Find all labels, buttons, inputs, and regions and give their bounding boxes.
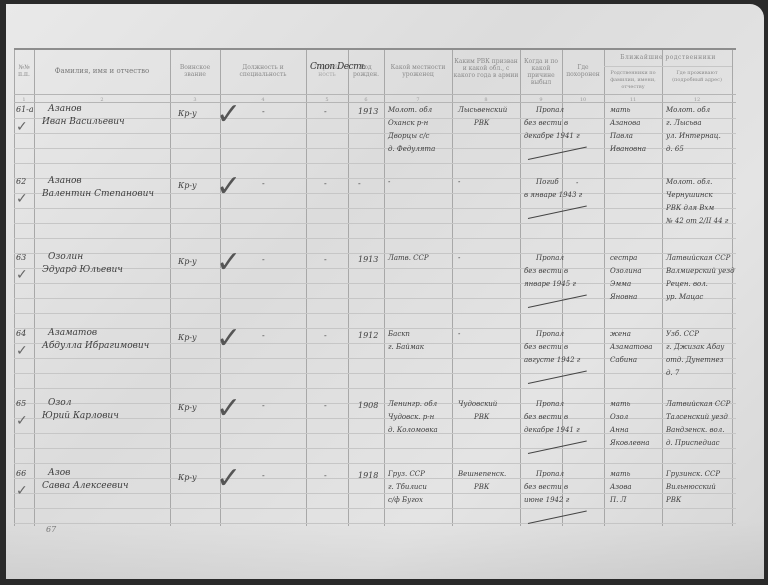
party: - <box>324 106 327 117</box>
relative-line: Анна <box>610 425 629 436</box>
military-rank: Кр-у <box>178 402 197 413</box>
address-line: отд. Дунетнез <box>666 355 723 366</box>
origin-line: - <box>388 177 390 188</box>
ruled-line <box>14 313 736 314</box>
ruled-line <box>14 388 736 389</box>
status-line: Пропал <box>536 469 564 480</box>
col-header-8: Каким РВК призван и какой обл., с какого… <box>452 58 520 79</box>
col-number: 1 <box>14 97 34 103</box>
status-line: без вести в <box>524 412 568 423</box>
position: - <box>262 178 265 189</box>
verification-check-icon: ✓ <box>216 394 241 424</box>
status-line: Пропал <box>536 253 564 264</box>
origin-line: Молот. обл <box>388 105 432 116</box>
relative-line: Озол <box>610 412 628 423</box>
status-line: декабре 1941 г <box>524 425 580 436</box>
ruled-line <box>14 508 736 509</box>
military-rank: Кр-у <box>178 180 197 191</box>
given-name-patronymic: Валентин Степанович <box>42 189 154 200</box>
status-line: Пропал <box>536 329 564 340</box>
col-header-12: Где проживают (подробный адрес) <box>662 70 732 84</box>
address-line: ул. Интернац. <box>666 131 721 142</box>
military-rank: Кр-у <box>178 332 197 343</box>
column-divider <box>452 50 453 526</box>
position: - <box>262 330 265 341</box>
position: - <box>262 400 265 411</box>
col-header-7: Какой местности уроженец <box>384 64 452 78</box>
col-header-9: Когда и по какой причине выбыл <box>520 58 562 86</box>
relative-line: Озолина <box>610 266 642 277</box>
col-number: 9 <box>520 97 562 103</box>
origin-line: Латв. ССР <box>388 253 429 264</box>
military-rank: Кр-у <box>178 472 197 483</box>
column-divider <box>732 50 733 526</box>
row-number: 62 <box>16 176 26 187</box>
underline-stroke <box>528 511 587 524</box>
checkmark-icon: ✓ <box>16 120 28 134</box>
position: - <box>262 106 265 117</box>
status-line: июне 1942 г <box>524 495 569 506</box>
status-line: августе 1942 г <box>524 355 580 366</box>
origin-line: Груз. ССР <box>388 469 425 480</box>
position: - <box>262 254 265 265</box>
row-number: 64 <box>16 328 26 339</box>
group-divider <box>604 66 732 67</box>
status-line: в январе 1943 г <box>524 190 582 201</box>
surname: Озолин <box>48 252 83 263</box>
address-line: Молот. обл. <box>666 177 712 188</box>
col-header-4: Должность и специальность <box>220 64 306 78</box>
relative-line: Азаматова <box>610 342 652 353</box>
address-line: Рецен. вол. <box>666 279 708 290</box>
address-line: Валмиерский уезд <box>666 266 735 277</box>
group-header-relatives: Ближайшие родственники <box>604 54 732 61</box>
relative-line: Сабина <box>610 355 637 366</box>
origin-line: д. Федулята <box>388 144 435 155</box>
verification-check-icon: ✓ <box>216 172 241 202</box>
given-name-patronymic: Иван Васильевич <box>42 117 125 128</box>
party: - <box>324 330 327 341</box>
origin-line: г. Баймак <box>388 342 424 353</box>
status-line: Пропал <box>536 105 564 116</box>
col-number: 2 <box>34 97 170 103</box>
status-line: без вести в <box>524 266 568 277</box>
verification-check-icon: ✓ <box>216 464 241 494</box>
ruled-line <box>14 493 736 494</box>
party: - <box>324 178 327 189</box>
verification-check-icon: ✓ <box>216 324 241 354</box>
origin-line: с/ф Бугох <box>388 495 423 506</box>
col-number: 6 <box>348 97 384 103</box>
address-line: Грузинск. ССР <box>666 469 720 480</box>
draft-office-line: Вешнепенск. <box>458 469 506 480</box>
col-header-1: №№ п.п. <box>14 64 34 78</box>
ruled-line <box>14 373 736 374</box>
address-line: д. 65 <box>666 144 684 155</box>
relative-line: мать <box>610 469 630 480</box>
surname: Азов <box>48 468 70 479</box>
status-line: январе 1945 г <box>524 279 576 290</box>
relative-line: Павла <box>610 131 633 142</box>
party: - <box>324 254 327 265</box>
given-name-patronymic: Абдулла Ибрагимович <box>42 341 149 352</box>
party: - <box>324 470 327 481</box>
ruled-line <box>14 178 736 179</box>
column-divider <box>604 50 605 526</box>
draft-office-line: - <box>458 177 460 188</box>
relative-line: сестра <box>610 253 637 264</box>
address-line: Талсенский уезд <box>666 412 728 423</box>
relative-line: П. Л <box>610 495 626 506</box>
status-line: без вести в <box>524 118 568 129</box>
address-line: Молот. обл <box>666 105 710 116</box>
address-line: № 42 от 2/II 44 г <box>666 216 728 227</box>
document-sheet: №№ п.п. Фамилия, имя и отчество Воинское… <box>6 4 764 579</box>
address-line: г. Лысьва <box>666 118 702 129</box>
status-line: декабре 1941 г <box>524 131 580 142</box>
address-line: Узб. ССР <box>666 329 699 340</box>
address-line: Вандзенск. вол. <box>666 425 724 436</box>
col-number: 7 <box>384 97 452 103</box>
given-name-patronymic: Эдуард Юльевич <box>42 265 123 276</box>
origin-line: Оханск р-н <box>388 118 428 129</box>
col-number: 3 <box>170 97 220 103</box>
surname: Азаматов <box>48 328 97 339</box>
birth-year: 1918 <box>358 470 378 481</box>
col-number: 12 <box>662 97 732 103</box>
birth-year: 1912 <box>358 330 378 341</box>
relative-line: Яковлевна <box>610 438 650 449</box>
checkmark-icon: ✓ <box>16 414 28 428</box>
position: - <box>262 470 265 481</box>
military-rank: Кр-у <box>178 108 197 119</box>
address-line: ур. Мацас <box>666 292 703 303</box>
relative-line: Ивановна <box>610 144 646 155</box>
footer-note: 67 <box>46 524 56 535</box>
origin-line: Дворцы с/с <box>388 131 429 142</box>
col-header-11: Родственники по фамилии, имени, отчеству <box>604 70 662 91</box>
col-number: 5 <box>306 97 348 103</box>
party: - <box>324 400 327 411</box>
draft-office-line: РВК <box>474 118 489 129</box>
row-number: 63 <box>16 252 26 263</box>
draft-office-line: - <box>458 329 460 340</box>
address-line: РВК <box>666 495 681 506</box>
origin-line: Ленингр. обл <box>388 399 437 410</box>
row-number: 65 <box>16 398 26 409</box>
underline-stroke <box>528 295 587 308</box>
military-rank: Кр-у <box>178 256 197 267</box>
given-name-patronymic: Юрий Карлович <box>42 411 119 422</box>
row-number: 61-а <box>16 104 34 115</box>
surname: Азанов <box>48 176 82 187</box>
verification-check-icon: ✓ <box>216 100 241 130</box>
relative-line: Яновна <box>610 292 637 303</box>
birth-year: 1908 <box>358 400 378 411</box>
status-line: Погиб <box>536 177 559 188</box>
verification-check-icon: ✓ <box>216 248 241 278</box>
relative-line: мать <box>610 399 630 410</box>
address-line: д. 7 <box>666 368 679 379</box>
relative-line: жена <box>610 329 631 340</box>
ruled-line <box>14 463 736 464</box>
ruled-line <box>14 238 736 239</box>
address-line: г. Джизак Абау <box>666 342 724 353</box>
checkmark-icon: ✓ <box>16 268 28 282</box>
relative-line: Азанова <box>610 118 640 129</box>
address-line: д. Приспедиас <box>666 438 720 449</box>
col-number: 10 <box>562 97 604 103</box>
header-divider <box>14 94 736 95</box>
checkmark-icon: ✓ <box>16 192 28 206</box>
ruled-line <box>14 163 736 164</box>
col-header-10: Где похоронен <box>562 64 604 78</box>
surname: Азанов <box>48 104 82 115</box>
col-header-3: Воинское звание <box>170 64 220 78</box>
ruled-line <box>14 223 736 224</box>
column-divider <box>520 50 521 526</box>
status-line: Пропал <box>536 399 564 410</box>
burial-place: - <box>576 178 578 189</box>
address-line: Латвийская ССР <box>666 399 730 410</box>
relative-line: мать <box>610 105 630 116</box>
draft-office-line: - <box>458 253 460 264</box>
surname: Озол <box>48 398 71 409</box>
col-number: 11 <box>604 97 662 103</box>
draft-office-line: РВК <box>474 482 489 493</box>
ruled-line <box>14 208 736 209</box>
column-divider <box>384 50 385 526</box>
column-divider <box>34 50 35 526</box>
checkmark-icon: ✓ <box>16 344 28 358</box>
col-number: 8 <box>452 97 520 103</box>
given-name-patronymic: Савва Алексеевич <box>42 481 129 492</box>
birth-year: 1913 <box>358 254 378 265</box>
col-header-6: Год рожден. <box>348 64 384 78</box>
address-line: РВК для Вхм <box>666 203 714 214</box>
origin-line: г. Тбилиси <box>388 482 427 493</box>
birth-year: - <box>358 178 361 189</box>
draft-office-line: Лысьвенский <box>458 105 507 116</box>
row-number: 66 <box>16 468 26 479</box>
column-divider <box>348 50 349 526</box>
origin-line: д. Коломовка <box>388 425 438 436</box>
draft-office-line: Чудовский <box>458 399 497 410</box>
status-line: без вести в <box>524 342 568 353</box>
relative-line: Азова <box>610 482 632 493</box>
checkmark-icon: ✓ <box>16 484 28 498</box>
column-divider <box>14 50 15 526</box>
header-rule <box>14 48 736 50</box>
birth-year: 1913 <box>358 106 378 117</box>
address-line: Чернушинск <box>666 190 713 201</box>
column-divider <box>306 50 307 526</box>
column-divider <box>662 50 663 526</box>
relative-line: Эмма <box>610 279 631 290</box>
ruled-line <box>14 523 736 524</box>
col-header-2: Фамилия, имя и отчество <box>34 68 170 75</box>
origin-line: Чудовск. р-н <box>388 412 434 423</box>
origin-line: Баскп <box>388 329 410 340</box>
address-line: Латвийская ССР <box>666 253 730 264</box>
draft-office-line: РВК <box>474 412 489 423</box>
address-line: Вильнюсский <box>666 482 716 493</box>
column-divider <box>170 50 171 526</box>
status-line: без вести в <box>524 482 568 493</box>
